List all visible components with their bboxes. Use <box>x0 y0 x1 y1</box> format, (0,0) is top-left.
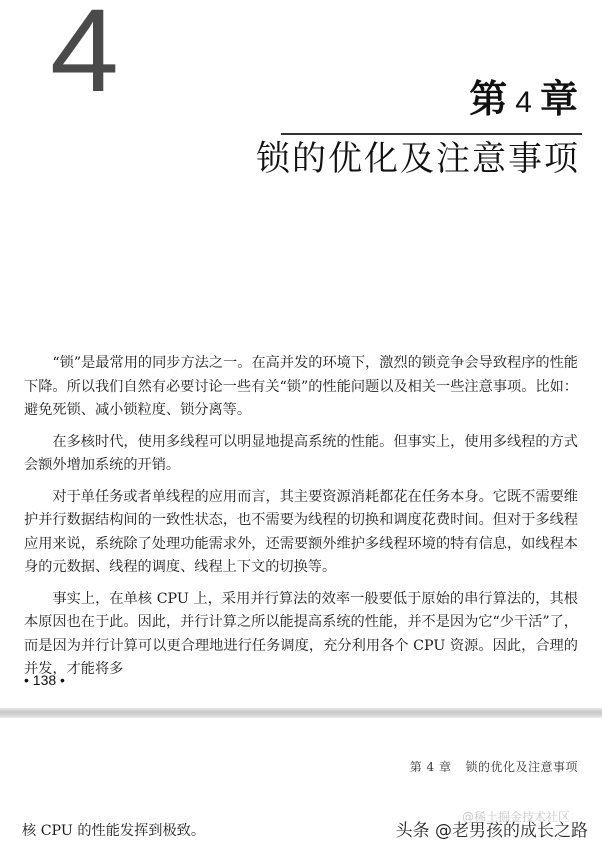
chapter-label-number: 4 <box>515 86 534 119</box>
body-text: “锁”是最常用的同步方法之一。在高并发的环境下，激烈的锁竞争会导致程序的性能下降… <box>24 352 578 690</box>
title-divider <box>281 133 582 135</box>
paragraph: “锁”是最常用的同步方法之一。在高并发的环境下，激烈的锁竞争会导致程序的性能下降… <box>24 352 578 423</box>
chapter-label: 第4章 <box>469 80 580 118</box>
page-separator <box>0 708 602 718</box>
running-header: 第 4 章锁的优化及注意事项 <box>410 758 578 775</box>
page-number: • 138 • <box>24 672 65 688</box>
book-page-138: 4 第4章 锁的优化及注意事项 “锁”是最常用的同步方法之一。在高并发的环境下，… <box>0 0 602 702</box>
continued-paragraph: 核 CPU 的性能发挥到极致。 <box>22 820 205 840</box>
running-header-title: 锁的优化及注意事项 <box>465 760 578 774</box>
watermark: 头条 @老男孩的成长之路 <box>396 816 588 841</box>
running-header-chapter: 第 4 章 <box>410 760 452 774</box>
chapter-label-prefix: 第 <box>469 77 509 121</box>
chapter-big-number: 4 <box>50 0 119 110</box>
paragraph: 事实上，在单核 CPU 上，采用并行算法的效率一般要低于原始的串行算法的，其根本… <box>24 588 578 682</box>
chapter-label-suffix: 章 <box>540 77 580 121</box>
paragraph: 在多核时代，使用多线程可以明显地提高系统的性能。但事实上，使用多线程的方式会额外… <box>24 431 578 478</box>
chapter-title: 锁的优化及注意事项 <box>256 142 580 176</box>
paragraph: 对于单任务或者单线程的应用而言，其主要资源消耗都花在任务本身。它既不需要维护并行… <box>24 486 578 580</box>
